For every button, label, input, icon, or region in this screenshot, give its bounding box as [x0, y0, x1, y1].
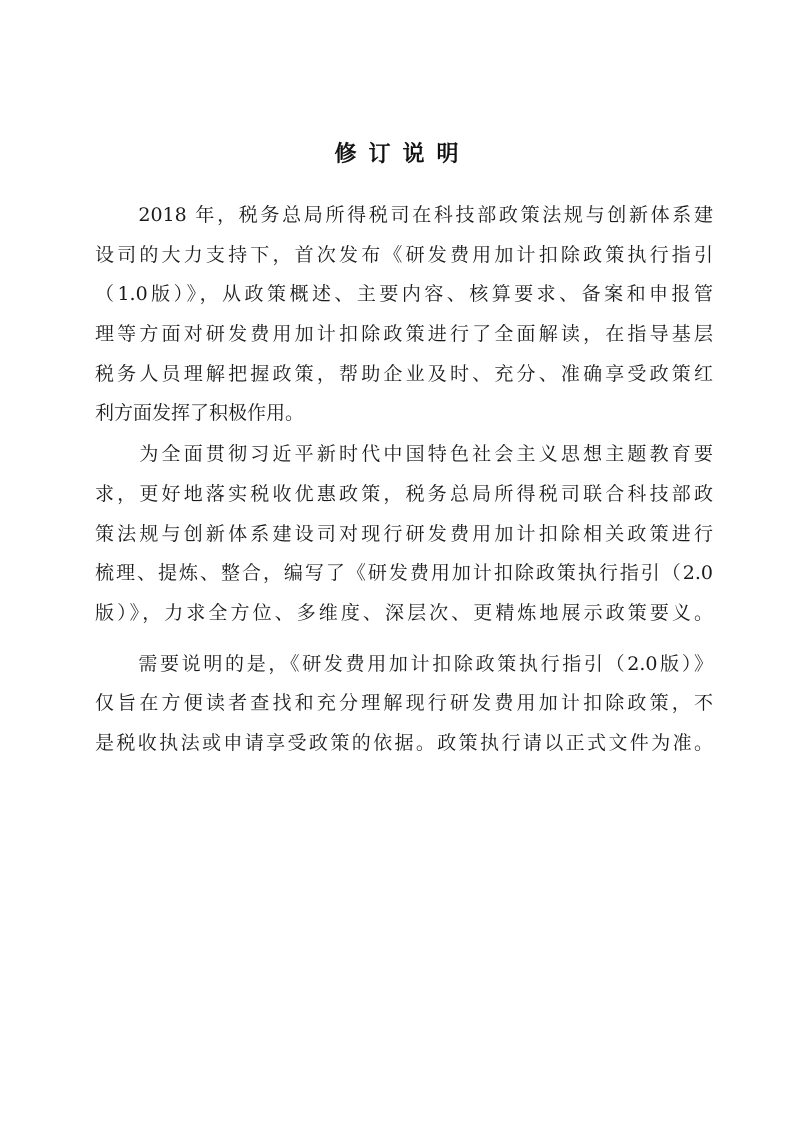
- text-line: 求，更好地落实税收优惠政策，税务总局所得税司联合科技部政: [95, 475, 713, 515]
- text-line: 策法规与创新体系建设司对现行研发费用加计扣除相关政策进行: [95, 515, 713, 555]
- text-line: 利方面发挥了积极作用。: [95, 394, 713, 434]
- text-line: 需要说明的是，《研发费用加计扣除政策执行指引（2.0版）》: [95, 645, 713, 685]
- text-line: （1.0版）》，从政策概述、主要内容、核算要求、备案和申报管: [95, 275, 713, 315]
- text-line: 理等方面对研发费用加计扣除政策进行了全面解读，在指导基层: [95, 315, 713, 355]
- text-line: 2018 年，税务总局所得税司在科技部政策法规与创新体系建: [95, 196, 713, 236]
- text-line: 税务人员理解把握政策，帮助企业及时、充分、准确享受政策红: [95, 355, 713, 395]
- paragraph-1: 2018 年，税务总局所得税司在科技部政策法规与创新体系建 设司的大力支持下，首…: [95, 196, 713, 434]
- text-line: 是税收执法或申请享受政策的依据。政策执行请以正式文件为准。: [95, 724, 713, 764]
- document-body: 2018 年，税务总局所得税司在科技部政策法规与创新体系建 设司的大力支持下，首…: [95, 196, 713, 764]
- paragraph-3: 需要说明的是，《研发费用加计扣除政策执行指引（2.0版）》 仅旨在方便读者查找和…: [95, 645, 713, 764]
- paragraph-2: 为全面贯彻习近平新时代中国特色社会主义思想主题教育要 求，更好地落实税收优惠政策…: [95, 435, 713, 633]
- text-line: 梳理、提炼、整合，编写了《研发费用加计扣除政策执行指引（2.0: [95, 554, 713, 594]
- document-page: 修订说明 2018 年，税务总局所得税司在科技部政策法规与创新体系建 设司的大力…: [0, 0, 793, 1122]
- text-line: 仅旨在方便读者查找和充分理解现行研发费用加计扣除政策，不: [95, 684, 713, 724]
- text-line: 版）》，力求全方位、多维度、深层次、更精炼地展示政策要义。: [95, 594, 713, 634]
- page-title: 修订说明: [0, 138, 793, 172]
- text-line: 为全面贯彻习近平新时代中国特色社会主义思想主题教育要: [95, 435, 713, 475]
- text-line: 设司的大力支持下，首次发布《研发费用加计扣除政策执行指引: [95, 236, 713, 276]
